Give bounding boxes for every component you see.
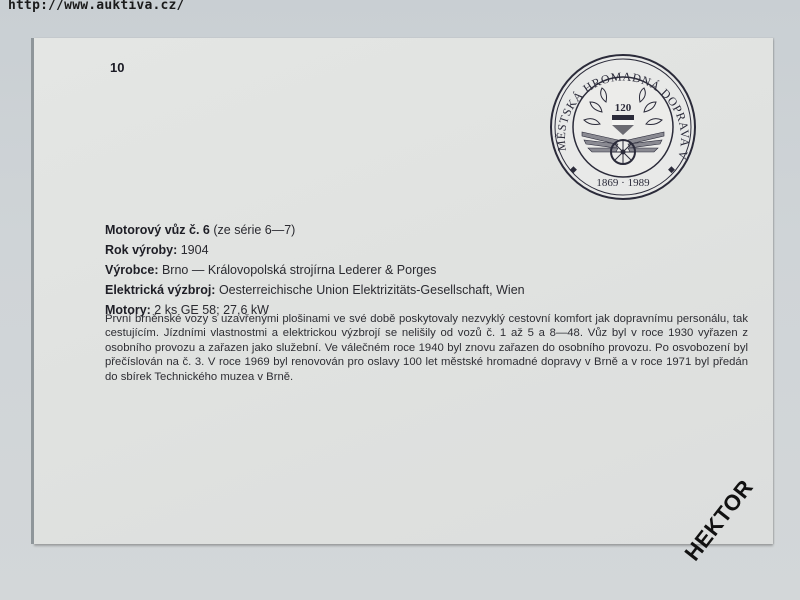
- watermark-url: http://www.auktiva.cz/: [8, 0, 185, 13]
- svg-text:◆: ◆: [570, 164, 577, 174]
- postcard: 10 MĚSTSKÁ HROMADNÁ DOPRAVA V BRNĚ 1869 …: [34, 38, 773, 544]
- spec-year: Rok výroby: 1904: [105, 240, 755, 260]
- spec-tram-number: Motorový vůz č. 6 (ze série 6—7): [105, 220, 755, 240]
- card-number: 10: [110, 60, 124, 75]
- emblem-anniversary: 120: [615, 102, 632, 114]
- svg-text:◆: ◆: [668, 164, 675, 174]
- spec-electrical: Elektrická výzbroj: Oesterreichische Uni…: [105, 280, 755, 300]
- emblem-icon: MĚSTSKÁ HROMADNÁ DOPRAVA V BRNĚ 1869 · 1…: [548, 52, 698, 202]
- spec-manufacturer: Výrobce: Brno — Královopolská strojírna …: [105, 260, 755, 280]
- emblem-years: 1869 · 1989: [596, 177, 650, 189]
- description-text: První brněnské vozy s uzavřenými plošina…: [105, 312, 748, 384]
- spec-list: Motorový vůz č. 6 (ze série 6—7) Rok výr…: [105, 220, 755, 320]
